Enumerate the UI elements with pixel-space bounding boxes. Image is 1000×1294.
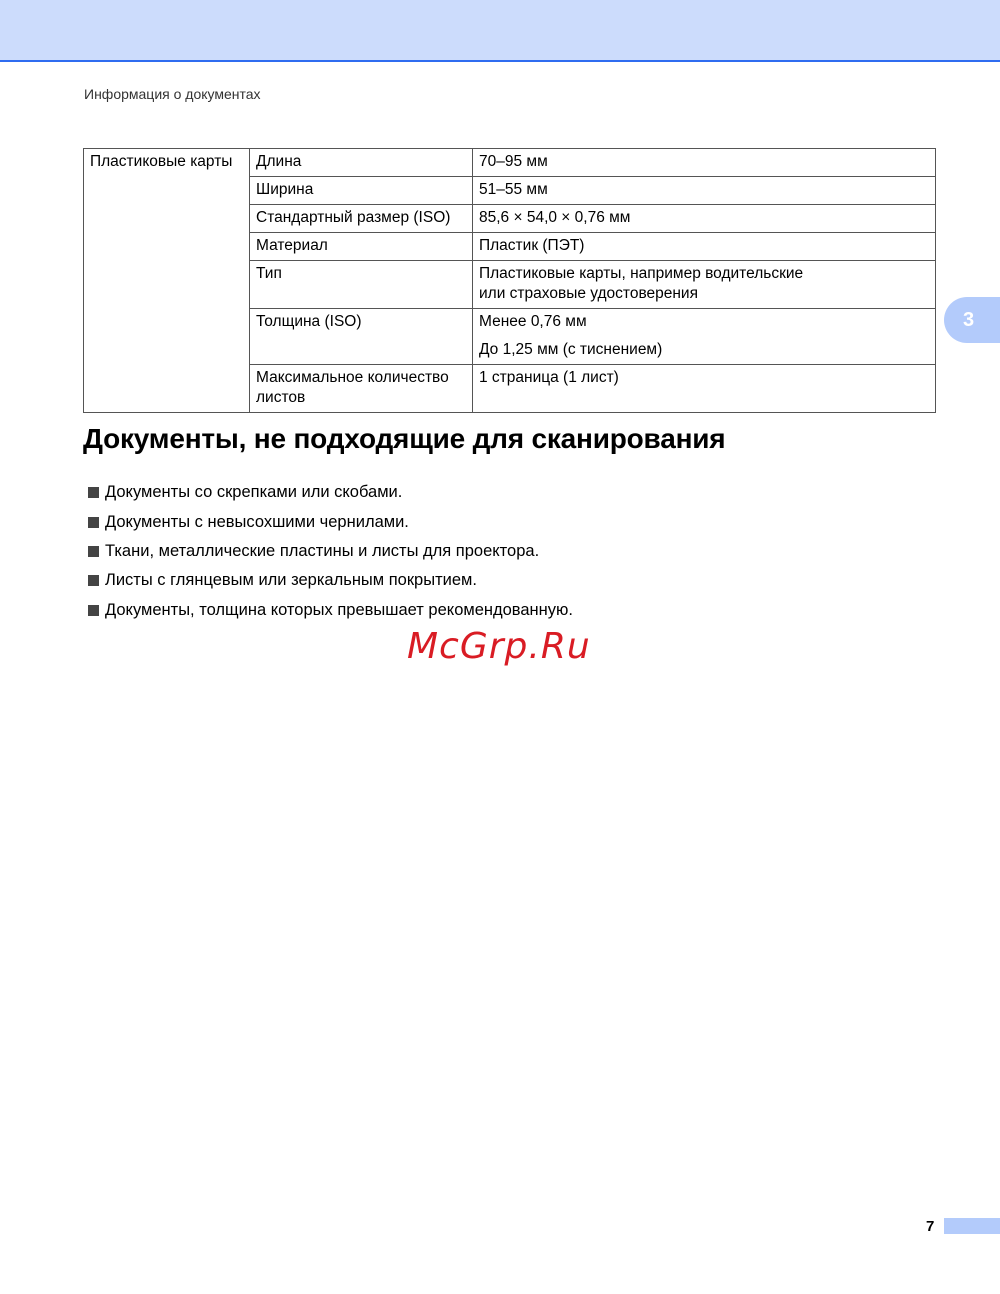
param-cell: Ширина <box>250 177 473 205</box>
list-item: Ткани, металлические пластины и листы дл… <box>88 537 573 566</box>
value-cell: Пластиковые карты, например водительские… <box>473 261 936 309</box>
list-item: Листы с глянцевым или зеркальным покрыти… <box>88 566 573 595</box>
square-bullet-icon <box>88 487 99 498</box>
value-cell: Пластик (ПЭТ) <box>473 233 936 261</box>
watermark[interactable]: McGrp.Ru <box>407 626 591 667</box>
value-line: 70–95 мм <box>479 152 929 172</box>
value-line: Пластик (ПЭТ) <box>479 236 929 256</box>
category-cell: Пластиковые карты <box>84 149 250 413</box>
list-item: Документы с невысохшими чернилами. <box>88 507 573 536</box>
param-cell: Стандартный размер (ISO) <box>250 205 473 233</box>
value-line: 51–55 мм <box>479 180 929 200</box>
unsuitable-documents-list: Документы со скрепками или скобами. Доку… <box>88 478 573 625</box>
running-header: Информация о документах <box>84 86 261 102</box>
list-item: Документы со скрепками или скобами. <box>88 478 573 507</box>
page-number: 7 <box>926 1218 934 1235</box>
value-cell: 51–55 мм <box>473 177 936 205</box>
param-cell: Материал <box>250 233 473 261</box>
square-bullet-icon <box>88 605 99 616</box>
section-title: Документы, не подходящие для сканировани… <box>83 423 725 455</box>
footer-band <box>944 1218 1000 1234</box>
param-cell: Длина <box>250 149 473 177</box>
value-cell: Менее 0,76 ммДо 1,25 мм (с тиснением) <box>473 309 936 365</box>
value-line: Пластиковые карты, например водительские… <box>479 264 929 304</box>
table-row: Пластиковые картыДлина70–95 мм <box>84 149 936 177</box>
param-cell: Толщина (ISO) <box>250 309 473 365</box>
value-line: Менее 0,76 мм <box>479 312 929 332</box>
header-band <box>0 0 1000 62</box>
value-line: 85,6 × 54,0 × 0,76 мм <box>479 208 929 228</box>
list-item: Документы, толщина которых превышает рек… <box>88 596 573 625</box>
value-cell: 70–95 мм <box>473 149 936 177</box>
param-cell: Максимальное количестволистов <box>250 365 473 413</box>
chapter-number: 3 <box>963 309 974 332</box>
square-bullet-icon <box>88 517 99 528</box>
value-cell: 1 страница (1 лист) <box>473 365 936 413</box>
square-bullet-icon <box>88 575 99 586</box>
chapter-tab: 3 <box>944 297 1000 343</box>
param-cell: Тип <box>250 261 473 309</box>
value-line: До 1,25 мм (с тиснением) <box>479 340 929 360</box>
spec-table: Пластиковые картыДлина70–95 ммШирина51–5… <box>83 148 936 413</box>
square-bullet-icon <box>88 546 99 557</box>
value-line: 1 страница (1 лист) <box>479 368 929 388</box>
value-cell: 85,6 × 54,0 × 0,76 мм <box>473 205 936 233</box>
